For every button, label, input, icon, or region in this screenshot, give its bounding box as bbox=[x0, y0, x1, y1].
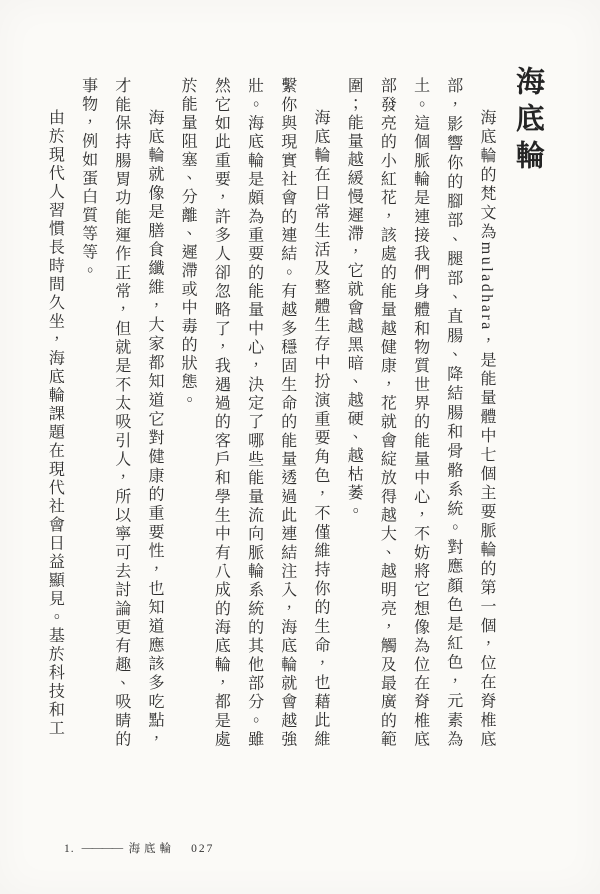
paragraph-3: 海底輪就像是膳食纖維，大家都知道它對健康的重要性，也知道應該多吃點，才能保持腸胃… bbox=[71, 77, 171, 749]
page-footer: 1. ―――― 海底輪 027 bbox=[64, 840, 214, 856]
footer-page-number: 027 bbox=[191, 843, 214, 855]
paragraph-1: 海底輪的梵文為muladhara，是能量體中七個主要脈輪的第一個，位在脊椎底部，… bbox=[337, 77, 503, 749]
body-text: 海底輪的梵文為muladhara，是能量體中七個主要脈輪的第一個，位在脊椎底部，… bbox=[37, 77, 503, 749]
book-page: 海底輪 海底輪的梵文為muladhara，是能量體中七個主要脈輪的第一個，位在脊… bbox=[0, 0, 600, 894]
chapter-title: 海底輪 bbox=[508, 66, 549, 177]
footer-chapter-title: 海底輪 bbox=[129, 840, 176, 856]
footer-chapter-number: 1. bbox=[64, 843, 75, 855]
paragraph-2: 海底輪在日常生活及整體生存中扮演重要角色，不僅維持你的生命，也藉此維繫你與現實社… bbox=[171, 77, 337, 749]
paragraph-4: 由於現代人習慣長時間久坐，海底輪課題在現代社會日益顯見。基於科技和工 bbox=[38, 77, 71, 749]
footer-separator-rule: ―――― bbox=[82, 842, 122, 854]
